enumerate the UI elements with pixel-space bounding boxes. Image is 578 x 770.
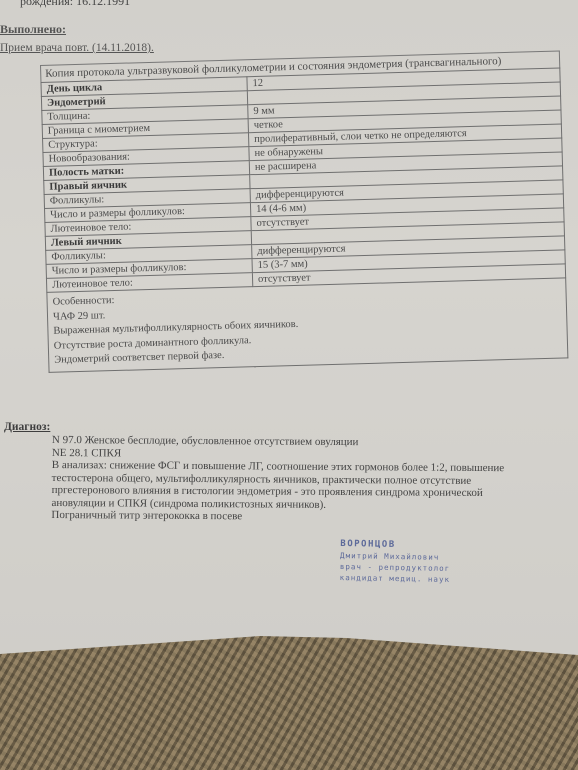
- visit-line: Прием врача повт. (14.11.2018).: [0, 42, 154, 54]
- doctor-stamp: ВОРОНЦОВ Дмитрий Михайлович врач - репро…: [340, 539, 451, 585]
- notes-cell: Особенности:ЧАФ 29 шт.Выраженная мультиф…: [47, 278, 568, 372]
- diagnosis-block: N 97.0 Женское бесплодие, обусловленное …: [51, 434, 552, 525]
- culture-text: Пограничный титр энтерококка в посеве: [51, 509, 551, 525]
- protocol-table: День цикла12ЭндометрийТолщина:9 ммГраниц…: [40, 67, 568, 372]
- document-page: рождения: 16.12.1991 Выполнено: Прием вр…: [0, 0, 578, 660]
- ultrasound-protocol: Копия протокола ультразвуковой фолликуло…: [40, 50, 568, 372]
- carpet-background: [0, 630, 578, 770]
- diagnosis-heading: Диагноз:: [4, 421, 50, 433]
- analysis-text: В анализах: снижение ФСГ и повышение ЛГ,…: [51, 459, 511, 512]
- notes-row: Особенности:ЧАФ 29 шт.Выраженная мультиф…: [47, 278, 568, 372]
- done-heading: Выполнено:: [0, 22, 66, 37]
- birth-date-line: рождения: 16.12.1991: [20, 0, 130, 9]
- stamp-degree: кандидат медиц. наук: [340, 572, 450, 585]
